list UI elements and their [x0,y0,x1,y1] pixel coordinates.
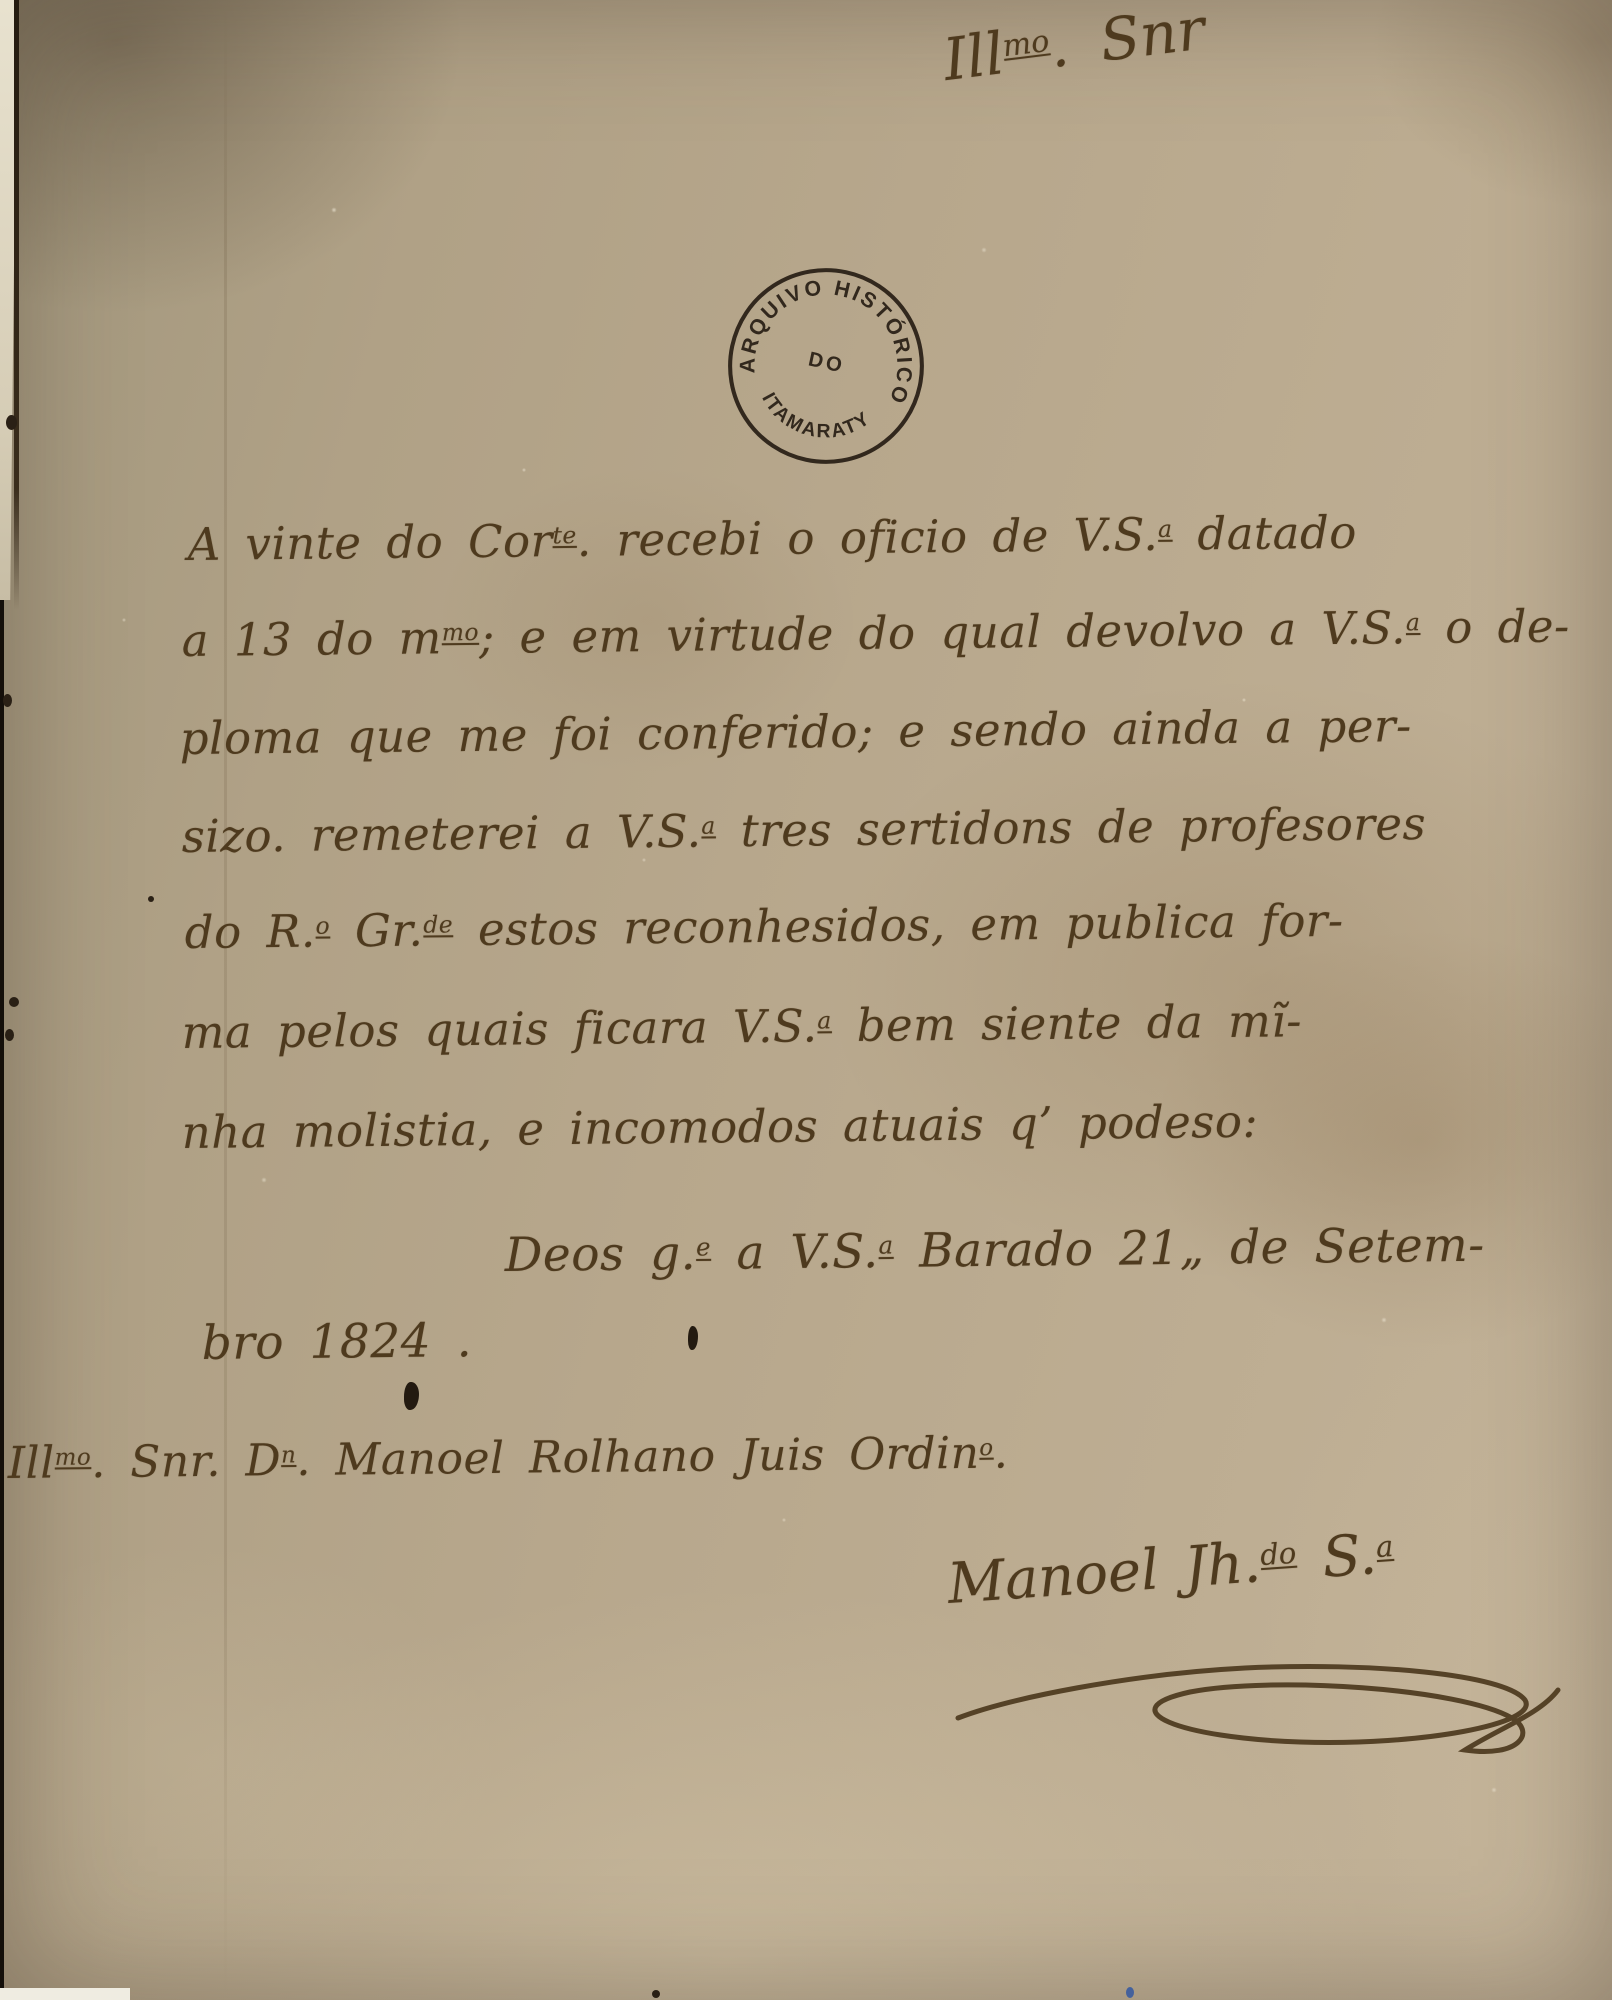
signature-flourish [940,1598,1570,1788]
handwriting-text: Deos g. [504,1226,696,1283]
superscript-abbreviation: a [878,1230,893,1259]
superscript-abbreviation: a [1158,515,1173,543]
superscript-abbreviation: mo [1001,24,1052,64]
handwriting-text: a 13 do m [181,611,442,667]
superscript-abbreviation: o [315,912,330,940]
handwriting-text: . recebi o oficio de V.S. [577,508,1159,567]
ink-speck [148,896,154,902]
handwriting-text: A vinte do Cor [187,514,552,571]
handwriting-text: ; e em virtude do qual devolvo a V.S. [479,601,1406,664]
handwriting-text: o de- [1420,599,1570,654]
superscript-abbreviation: a [1406,608,1421,636]
handwriting-text: estos reconhesidos, em publica for- [453,894,1344,956]
addressee-line: Illmo. Snr. Dn. Manoel Rolhano Juis Ordi… [7,1428,1008,1489]
handwriting-text: Ill [7,1438,55,1489]
scanned-manuscript-page: -ARQUIVO HISTÓRICO- ITAMARATY DO Illmo. … [0,0,1612,2000]
dateline: Deos g.e a V.S.a Barado 21„ de Setem- [504,1218,1484,1283]
blue-fiber-speck [1126,1987,1134,1998]
bottom-page-edge [0,1988,130,2000]
handwriting-text: datado [1172,506,1357,561]
handwriting-text: ma pelos quais ficara V.S. [181,999,817,1059]
handwriting-text: nha molistia, e incomodos atuais q’ pode… [181,1095,1258,1159]
handwriting-text: Ill [940,19,1008,94]
ink-speck [652,1990,660,1998]
handwriting-text: do R. [184,905,315,959]
superscript-abbreviation: do [1259,1536,1297,1572]
binding-shadow-edge [14,0,19,610]
binding-hole [3,694,12,707]
handwriting-text: tres sertidons de profesores [716,797,1427,857]
superscript-abbreviation: a [817,1006,832,1034]
superscript-abbreviation: mo [442,618,480,646]
handwriting-text: a V.S. [711,1224,879,1281]
handwriting-text: . Manoel Rolhano Juis Ordin [296,1428,980,1486]
binding-hole [5,1029,14,1041]
superscript-abbreviation: n [281,1442,297,1468]
archive-round-stamp: -ARQUIVO HISTÓRICO- ITAMARATY DO [705,245,947,487]
handwriting-text: S. [1294,1522,1378,1592]
superscript-abbreviation: de [423,910,453,938]
handwriting-text: bem siente da mĩ- [832,994,1303,1052]
superscript-abbreviation: a [701,812,716,840]
binding-hole [9,997,19,1007]
stamp-center-text: DO [806,349,846,378]
handwriting-text: . [993,1428,1008,1479]
superscript-abbreviation: mo [55,1445,92,1471]
handwriting-text: sizo. remeterei a V.S. [181,805,701,863]
handwriting-text: Gr. [330,904,424,958]
handwriting-text: Barado 21„ de Setem- [893,1218,1484,1279]
body-line-7: nha molistia, e incomodos atuais q’ pode… [181,1095,1258,1159]
superscript-abbreviation: te [552,521,577,549]
binding-hole [6,415,17,430]
superscript-abbreviation: o [979,1435,994,1461]
paper-crease [224,0,227,2000]
superscript-abbreviation: e [696,1232,711,1261]
superscript-abbreviation: a [1375,1529,1395,1564]
year-line: bro 1824 . [201,1313,472,1371]
handwriting-text: . Snr. D [91,1435,281,1488]
stamp-graphic: -ARQUIVO HISTÓRICO- ITAMARATY DO [705,245,947,487]
handwriting-text: bro 1824 . [201,1313,472,1371]
